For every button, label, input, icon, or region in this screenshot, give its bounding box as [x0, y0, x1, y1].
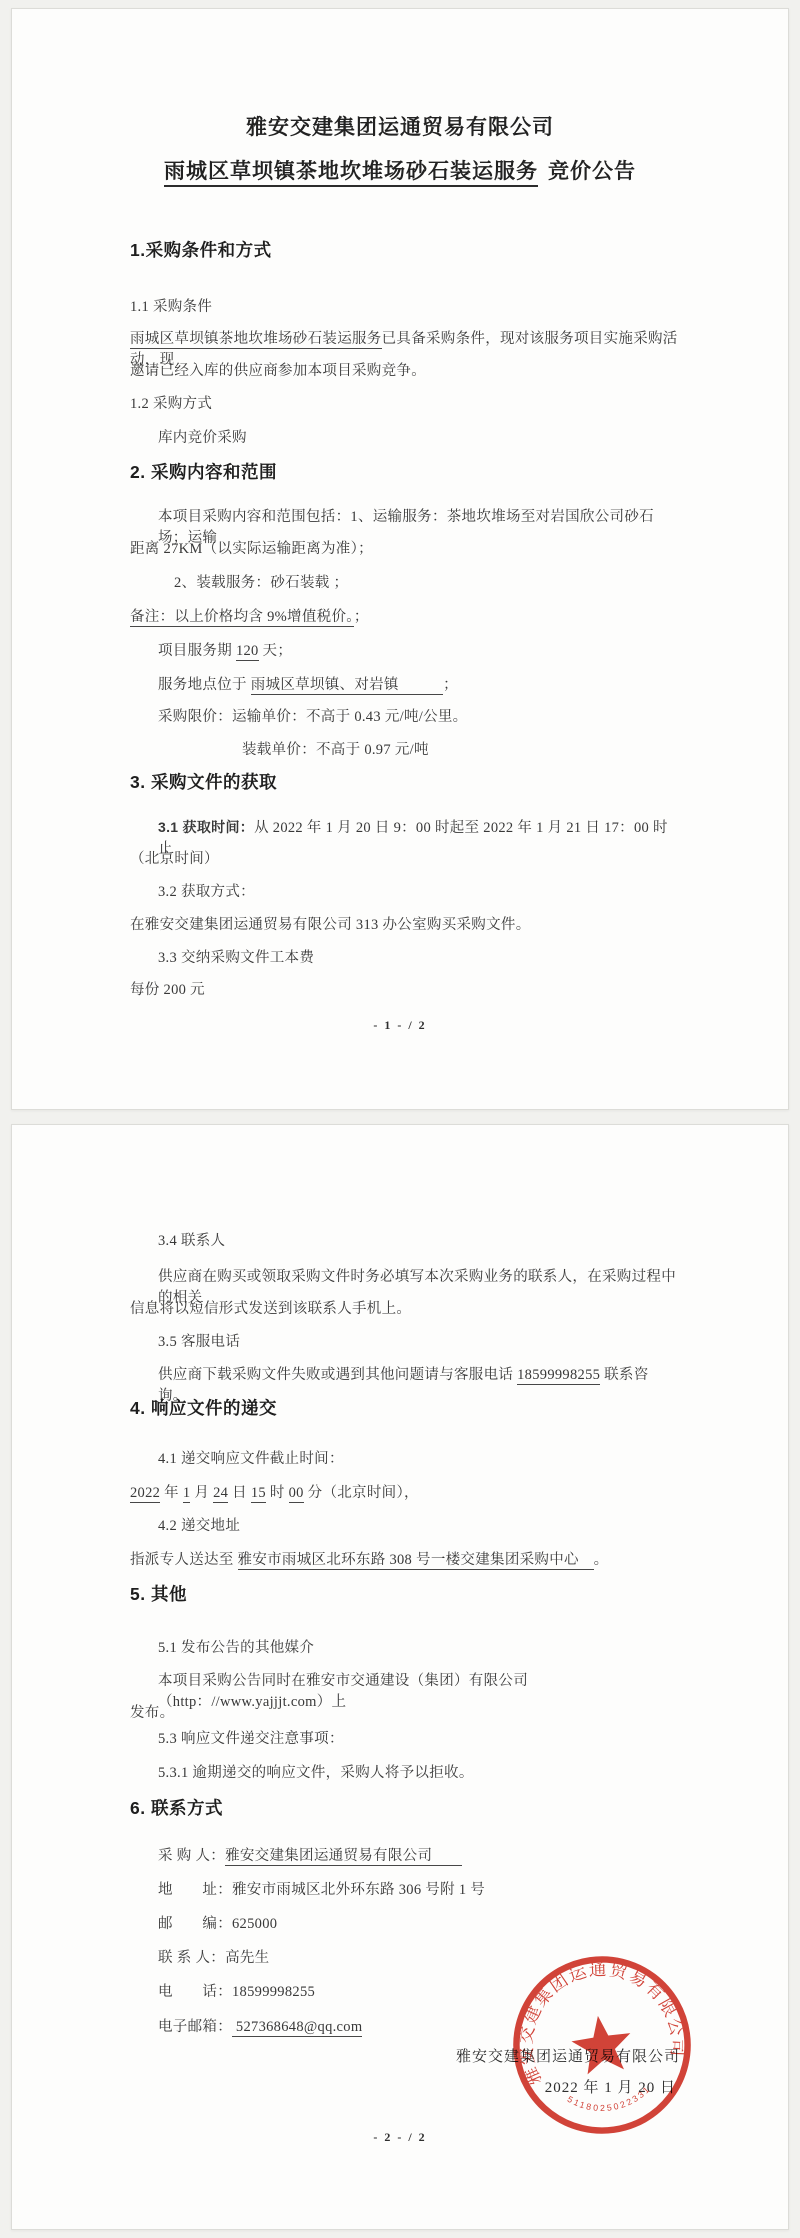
clause-3-2: 3.2 获取方式： — [158, 882, 678, 903]
page-1-footer: - 1 - / 2 — [12, 1017, 788, 1033]
email-underlined: 527368648@qq.com — [232, 2019, 362, 2037]
scope-item-2: 2、装载服务：砂石装载 ； — [174, 573, 678, 594]
project-name-underlined: 雨城区草坝镇茶地坎堆场砂石装运服务 — [130, 331, 382, 349]
contact-row-address: 地 址：雅安市雨城区北外环东路 306 号附 1 号 — [158, 1880, 678, 1901]
company-seal-graphic: 雅安交建集团运通贸易有限公司 5118025022331 — [498, 1941, 706, 2149]
clause-3-5: 3.5 客服电话 — [158, 1332, 678, 1353]
clause-3-3-text: 每份 200 元 — [130, 980, 678, 1001]
service-phone-underlined: 18599998255 — [517, 1367, 600, 1385]
document-page-1: 雅安交建集团运通贸易有限公司 雨城区草坝镇茶地坎堆场砂石装运服务竞价公告 1.采… — [11, 8, 789, 1110]
contact-row-buyer: 采 购 人：雅安交建集团运通贸易有限公司 — [158, 1846, 678, 1867]
section-5-heading: 5. 其他 — [130, 1583, 678, 1605]
page-2-footer: - 2 - / 2 — [12, 2129, 788, 2145]
buyer-name-underlined: 雅安交建集团运通贸易有限公司 — [225, 1848, 462, 1866]
section-2-heading: 2. 采购内容和范围 — [130, 461, 678, 483]
clause-3-2-text: 在雅安交建集团运通贸易有限公司 313 办公室购买采购文件。 — [130, 915, 678, 936]
price-limit-transport: 采购限价：运输单价：不高于 0.43 元/吨/公里。 — [158, 707, 678, 728]
section-1-heading: 1.采购条件和方式 — [130, 239, 678, 261]
clause-3-1-label: 3.1 获取时间： — [158, 819, 254, 835]
doc-type-label: 竞价公告 — [548, 160, 636, 183]
section-3-heading: 3. 采购文件的获取 — [130, 771, 678, 793]
seal-star-icon — [568, 2012, 635, 2076]
submission-address: 指派专人送达至 雅安市雨城区北环东路 308 号一楼交建集团采购中心 。 — [130, 1550, 678, 1571]
procurement-method: 库内竞价采购 — [158, 428, 678, 449]
section-6-heading: 6. 联系方式 — [130, 1797, 678, 1819]
service-location: 服务地点位于 雨城区草坝镇、对岩镇 ； — [158, 675, 678, 696]
price-limit-loading: 装载单价：不高于 0.97 元/吨 — [242, 740, 678, 761]
service-period: 项目服务期 120 天； — [158, 641, 678, 662]
doc-title-company: 雅安交建集团运通贸易有限公司 — [12, 115, 788, 141]
clause-3-1-line2: （北京时间） — [130, 849, 678, 870]
clause-3-4-para-line2: 信息将以短信形式发送到该联系人手机上。 — [130, 1299, 678, 1320]
scanned-document: 雅安交建集团运通贸易有限公司 雨城区草坝镇茶地坎堆场砂石装运服务竞价公告 1.采… — [0, 0, 800, 2238]
clause-4-1: 4.1 递交响应文件截止时间： — [158, 1449, 678, 1470]
clause-3-3: 3.3 交纳采购文件工本费 — [158, 948, 678, 969]
tax-note: 备注：以上价格均含 9%增值税价。； — [130, 607, 678, 628]
service-period-days: 120 — [236, 643, 259, 661]
media-para-line2: 发布。 — [130, 1703, 678, 1724]
clause-5-1: 5.1 发布公告的其他媒介 — [158, 1638, 678, 1659]
submission-deadline: 2022 年 1 月 24 日 15 时 00 分（北京时间）， — [130, 1483, 678, 1504]
clause-1-1-para-line2: 邀请已经入库的供应商参加本项目采购竞争。 — [130, 361, 678, 382]
doc-subject-underlined: 雨城区草坝镇茶地坎堆场砂石装运服务 — [164, 160, 538, 187]
clause-3-4: 3.4 联系人 — [158, 1231, 678, 1252]
document-page-2: 3.4 联系人 供应商在购买或领取采购文件时务必填写本次采购业务的联系人，在采购… — [11, 1124, 789, 2230]
submission-address-underlined: 雅安市雨城区北环东路 308 号一楼交建集团采购中心 — [238, 1552, 594, 1570]
section-4-heading: 4. 响应文件的递交 — [130, 1397, 678, 1419]
clause-5-3: 5.3 响应文件递交注意事项： — [158, 1729, 678, 1750]
contact-row-postcode: 邮 编：625000 — [158, 1914, 678, 1935]
scope-para-line2: 距离 27KM（以实际运输距离为准）； — [130, 539, 678, 560]
clause-5-3-1: 5.3.1 逾期递交的响应文件，采购人将予以拒收。 — [158, 1763, 678, 1784]
service-location-underlined: 雨城区草坝镇、对岩镇 — [251, 677, 443, 695]
clause-4-2: 4.2 递交地址 — [158, 1516, 678, 1537]
clause-1-2: 1.2 采购方式 — [130, 394, 678, 415]
seal-serial-number: 5118025022331 — [565, 2082, 656, 2118]
doc-title-subject: 雨城区草坝镇茶地坎堆场砂石装运服务竞价公告 — [12, 159, 788, 185]
tax-note-underlined: 备注：以上价格均含 9%增值税价。 — [130, 609, 354, 627]
clause-1-1: 1.1 采购条件 — [130, 297, 678, 318]
company-seal: 雅安交建集团运通贸易有限公司 5118025022331 — [498, 1941, 706, 2149]
